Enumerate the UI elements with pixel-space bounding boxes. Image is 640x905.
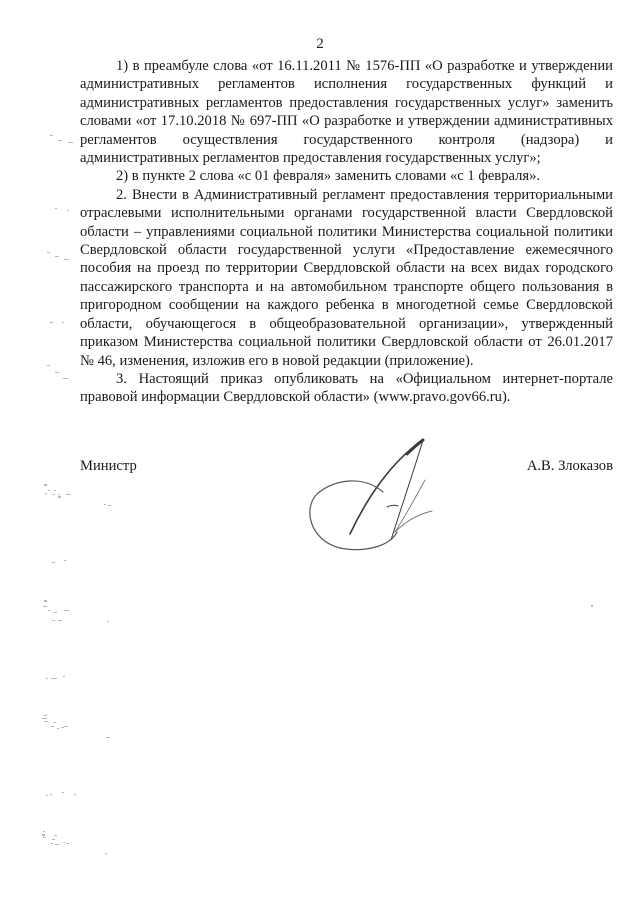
handwritten-signature-icon bbox=[295, 432, 455, 562]
document-body: 1) в преамбуле слова «от 16.11.2011 № 15… bbox=[80, 57, 613, 407]
document-page: 2 1) в преамбуле слова «от 16.11.2011 № … bbox=[0, 0, 640, 905]
paragraph-item-2: 2. Внести в Административный регламент п… bbox=[80, 186, 613, 370]
page-number: 2 bbox=[0, 36, 640, 53]
paragraph-item-3: 3. Настоящий приказ опубликовать на «Офи… bbox=[80, 370, 613, 407]
signatory-title: Министр bbox=[80, 458, 137, 475]
paragraph-amendment-2: 2) в пункте 2 слова «с 01 февраля» замен… bbox=[80, 167, 613, 185]
signatory-name: А.В. Злоказов bbox=[527, 458, 613, 475]
paragraph-amendment-1: 1) в преамбуле слова «от 16.11.2011 № 15… bbox=[80, 57, 613, 167]
